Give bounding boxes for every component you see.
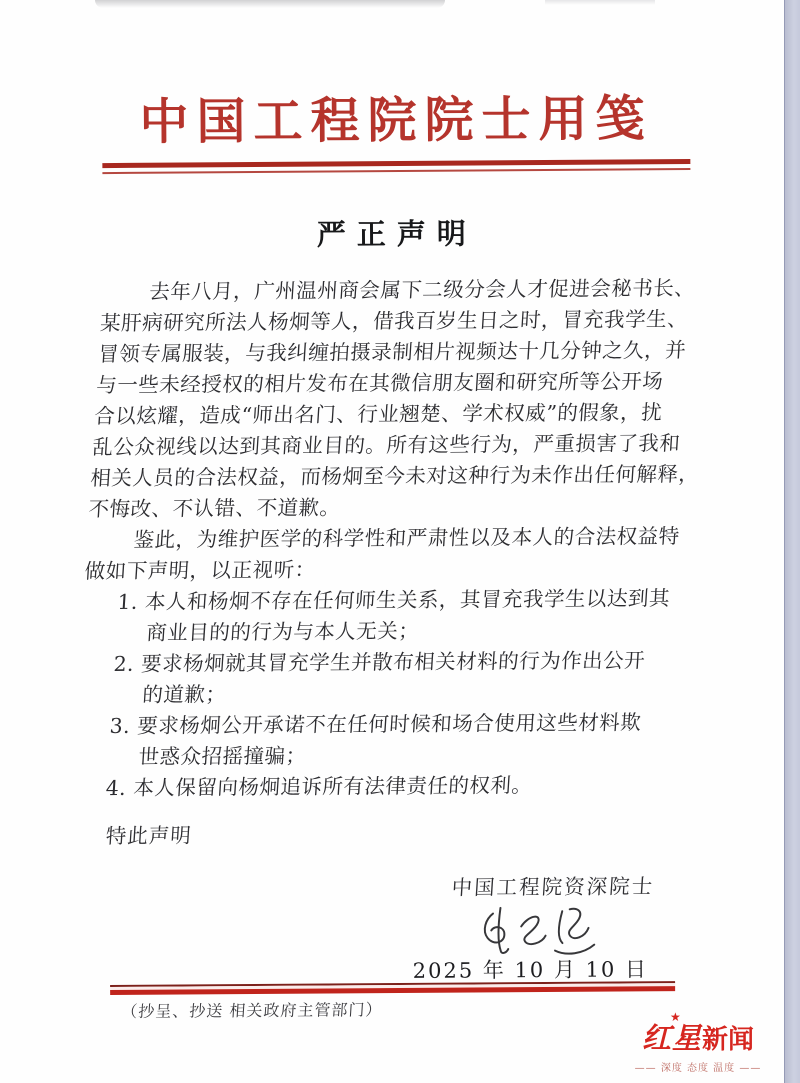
brand-name-script: 红星 [642,1021,702,1055]
letterhead-title: 中国工程院院士用笺 [102,80,690,154]
statement-line: 商业目的的行为与本人无关； [145,614,669,649]
photo-top-shadow [95,0,445,8]
brand-name-block: 新闻 [702,1025,754,1055]
statement-body: 去年八月，广州温州商会属下二级分会人才促进会秘书长、某肝病研究所法人杨炯等人，借… [70,273,691,804]
statement-line: 3. 要求杨炯公开承诺不在任何时候和场合使用这些材料欺 [109,707,664,742]
statement-line: 1. 本人和杨炯不存在任何师生关系，其冒充我学生以达到其 [117,583,672,618]
statement-paragraph: 1. 本人和杨炯不存在任何师生关系，其冒充我学生以达到其商业目的的行为与本人无关… [70,583,672,804]
cc-note: （抄呈、抄送 相关政府主管部门） [107,995,696,1022]
statement-paragraph: 去年八月，广州温州商会属下二级分会人才促进会秘书长、某肝病研究所法人杨炯等人，借… [88,273,692,525]
brand-tagline: —— 深度 态度 温度 —— [618,1059,778,1074]
statement-paragraph: 鉴此，为维护医学的科学性和严肃性以及本人的合法权益特做如下声明，以正视听： [84,521,676,587]
statement-line: 鉴此，为维护医学的科学性和严肃性以及本人的合法权益特 [86,521,676,556]
statement-line: 某肝病研究所法人杨炯等人，借我百岁生日之时，冒充我学生、 [99,304,689,339]
letter-content: 中国工程院院士用笺 严正声明 去年八月，广州温州商会属下二级分会人才促进会秘书长… [101,0,696,1022]
statement-line: 的道歉； [141,676,665,711]
signature-block [108,901,696,963]
statement-title: 严正声明 [103,210,691,255]
photo-top-shadow-right [545,0,655,5]
photographed-statement-letter: { "letterhead": { "title": "中国工程院院士用笺" }… [0,0,800,1083]
letterhead-double-rule [102,159,690,174]
redstar-news-logo: ★ 红星新闻 —— 深度 态度 温度 —— [618,1016,778,1074]
statement-line: 合以炫耀，造成“师出名门、行业翘楚、学术权威”的假象，扰 [93,397,683,432]
photo-edge-strip [784,0,800,1083]
statement-line: 2. 要求杨炯就其冒充学生并散布相关材料的行为作出公开 [113,645,668,680]
statement-line: 做如下声明，以正视听： [84,552,674,587]
statement-line: 不悔改、不认错、不道歉。 [88,490,678,525]
statement-line: 乱公众视线以达到其商业目的。所有这些行为，严重损害了我和 [91,428,681,463]
statement-line: 4. 本人保留向杨炯追诉所有法律责任的权利。 [105,769,660,804]
signer-title: 中国工程院资深院士 [105,869,695,903]
statement-closing: 特此声明 [105,815,695,849]
statement-line: 与一些未经授权的相片发布在其微信朋友圈和研究所等公开场 [95,366,685,401]
statement-line: 世惑众招摇撞骗； [138,738,662,773]
letter-paper: 中国工程院院士用笺 严正声明 去年八月，广州温州商会属下二级分会人才促进会秘书长… [0,0,800,1083]
handwritten-signature-icon [468,901,618,960]
statement-line: 相关人员的合法权益，而杨炯至今未对这种行为未作出任何解释， [89,459,679,494]
statement-line: 冒领专属服装，与我纠缠拍摄录制相片视频达十几分钟之久，并 [97,335,687,370]
star-icon: ★ [670,1010,681,1024]
statement-line: 去年八月，广州温州商会属下二级分会人才促进会秘书长、 [101,273,691,308]
